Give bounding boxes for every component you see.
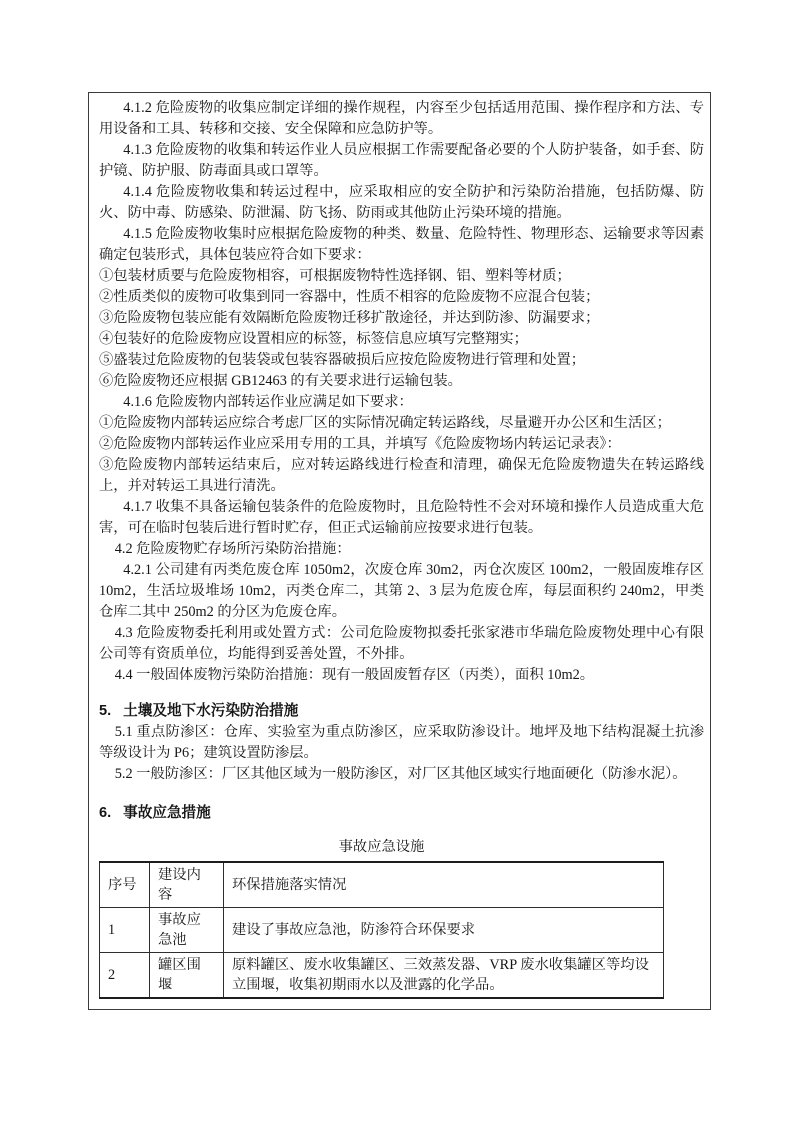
packing-requirement-item-1: ①包装材质要与危险废物相容，可根据废物特性选择钢、铝、塑料等材质； [99,266,704,287]
header-cell-construction: 建设内容 [150,862,224,908]
cell-row2-status: 原料罐区、废水收集罐区、三效蒸发器、VRP 废水收集罐区等均设立围堰，收集初期雨… [224,953,664,999]
transfer-requirement-item-1: ①危险废物内部转运应综合考虑厂区的实际情况确定转运路线，尽量避开办公区和生活区； [99,413,704,434]
transfer-requirement-item-3: ③危险废物内部转运结束后，应对转运路线进行检查和清理，确保无危险废物遗失在转运路… [99,455,704,497]
section-5-number: 5. [99,703,111,719]
emergency-table-title: 事故应急设施 [99,837,664,858]
cell-row1-item: 事故应急池 [150,908,224,953]
section-6-title: 事故应急措施 [123,805,211,821]
cell-row2-no: 2 [100,953,150,999]
cell-row1-status: 建设了事故应急池，防渗符合环保要求 [224,908,664,953]
paragraph-4-1-5: 4.1.5 危险废物收集时应根据危险废物的种类、数量、危险特性、物理形态、运输要… [99,224,704,266]
scanned-document-page: 4.1.2 危险废物的收集应制定详细的操作规程，内容至少包括适用范围、操作程序和… [0,0,793,1123]
paragraph-4-2: 4.2 危险废物贮存场所污染防治措施： [99,539,704,560]
section-6-heading: 6.事故应急措施 [99,803,704,824]
paragraph-4-4: 4.4 一般固体废物污染防治措施：现有一般固废暂存区（丙类），面积 10m2。 [99,665,704,686]
paragraph-4-1-7: 4.1.7 收集不具备运输包装条件的危险废物时，且危险特性不会对环境和操作人员造… [99,497,704,539]
paragraph-4-1-6: 4.1.6 危险废物内部转运作业应满足如下要求： [99,392,704,413]
paragraph-5-1: 5.1 重点防渗区：仓库、实验室为重点防渗区，应采取防渗设计。地坪及地下结构混凝… [99,722,704,764]
packing-requirement-item-6: ⑥危险废物还应根据 GB12463 的有关要求进行运输包装。 [99,371,704,392]
section-5-title: 土壤及地下水污染防治措施 [123,703,298,719]
document-border-frame: 4.1.2 危险废物的收集应制定详细的操作规程，内容至少包括适用范围、操作程序和… [88,92,711,1010]
cell-row1-no: 1 [100,908,150,953]
transfer-requirement-item-2: ②危险废物内部转运作业应采用专用的工具，并填写《危险废物场内转运记录表》： [99,434,704,455]
paragraph-4-1-3: 4.1.3 危险废物的收集和转运作业人员应根据工作需要配备必要的个人防护装备，如… [99,140,704,182]
header-cell-serial-no: 序号 [100,862,150,908]
table-header-row: 序号 建设内容 环保措施落实情况 [100,862,664,908]
packing-requirement-item-5: ⑤盛装过危险废物的包装袋或包装容器破损后应按危险废物进行管理和处置； [99,350,704,371]
paragraph-4-1-4: 4.1.4 危险废物收集和转运过程中，应采取相应的安全防护和污染防治措施，包括防… [99,182,704,224]
paragraph-5-2: 5.2 一般防渗区：厂区其他区域为一般防渗区，对厂区其他区域实行地面硬化（防渗水… [99,764,704,785]
paragraph-4-2-1: 4.2.1 公司建有丙类危废仓库 1050m2，次废仓库 30m2，丙仓次废区 … [99,560,704,623]
table-row: 2 罐区围堰 原料罐区、废水收集罐区、三效蒸发器、VRP 废水收集罐区等均设立围… [100,953,664,999]
header-cell-status: 环保措施落实情况 [224,862,664,908]
packing-requirement-item-3: ③危险废物包装应能有效隔断危险废物迁移扩散途径，并达到防渗、防漏要求； [99,308,704,329]
section-5-heading: 5.土壤及地下水污染防治措施 [99,701,704,722]
emergency-facilities-table: 序号 建设内容 环保措施落实情况 1 事故应急池 建设了事故应急池，防渗符合环保… [99,861,664,999]
packing-requirement-item-2: ②性质类似的废物可收集到同一容器中，性质不相容的危险废物不应混合包装； [99,287,704,308]
packing-requirement-item-4: ④包装好的危险废物应设置相应的标签，标签信息应填写完整翔实； [99,329,704,350]
cell-row2-item: 罐区围堰 [150,953,224,999]
paragraph-4-1-2: 4.1.2 危险废物的收集应制定详细的操作规程，内容至少包括适用范围、操作程序和… [99,98,704,140]
paragraph-4-3: 4.3 危险废物委托利用或处置方式：公司危险废物拟委托张家港市华瑞危险废物处理中… [99,623,704,665]
table-row: 1 事故应急池 建设了事故应急池，防渗符合环保要求 [100,908,664,953]
section-6-number: 6. [99,805,111,821]
